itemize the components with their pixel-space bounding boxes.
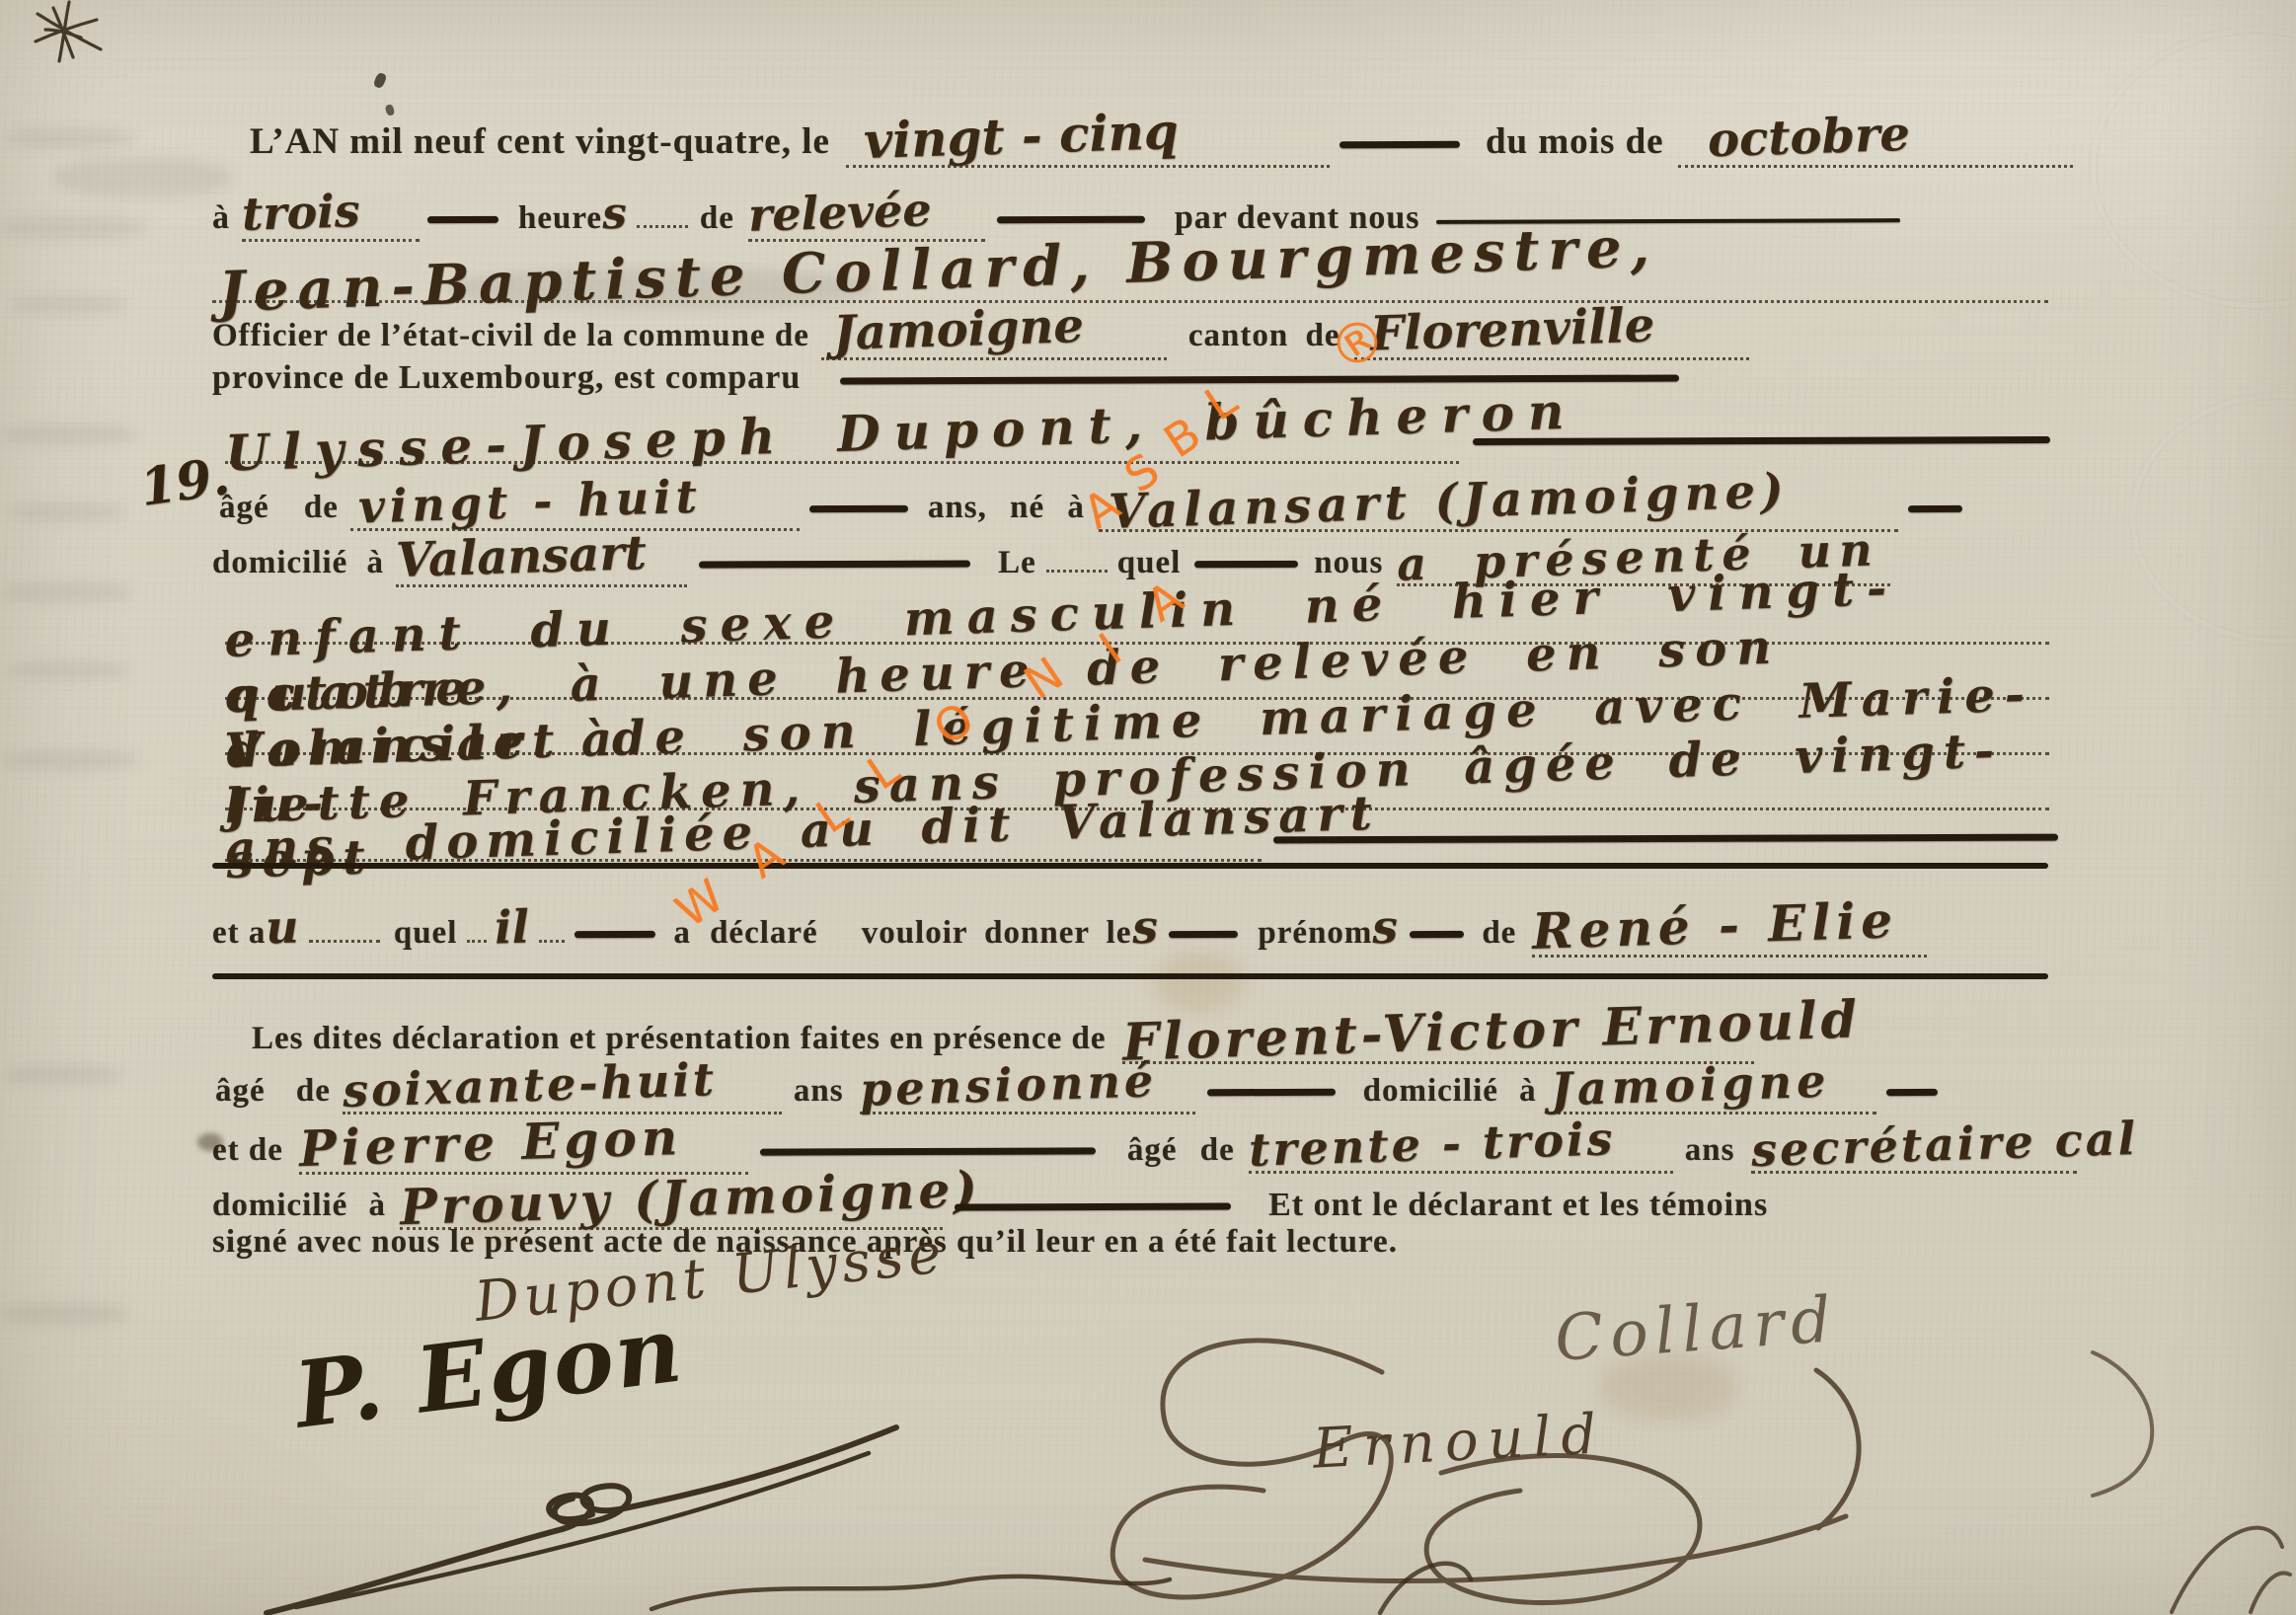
bleedthrough-mark — [0, 582, 133, 602]
bleedthrough-mark — [6, 661, 129, 679]
blank-day: vingt - cinq — [846, 107, 1330, 168]
blank-month: octobre — [1678, 110, 2073, 168]
bleedthrough-mark — [0, 217, 148, 239]
bottom-stroke-fragment — [2152, 1486, 2296, 1615]
printed-lequel-3: nous — [1314, 545, 1383, 580]
printed-hour-label: heure — [518, 200, 602, 236]
hw-u: u — [266, 899, 300, 954]
hw-w1-profession: pensionné — [859, 1053, 1158, 1115]
hw-s1: s — [1131, 900, 1159, 955]
blank-w1-age: soixante-huit — [343, 1058, 782, 1115]
printed-officer-title: Officier de l’état-civil de la commune d… — [212, 318, 809, 353]
hw-age: vingt - huit — [357, 470, 702, 534]
blank-canton: Florenville — [1354, 302, 1749, 360]
form-line-witness2: et de Pierre Egon âgé de trente - trois … — [212, 1114, 2077, 1175]
ink-stroke — [427, 216, 498, 223]
printed-vouloir: vouloir donner le — [862, 915, 1132, 951]
blank-dotted — [539, 934, 565, 943]
printed-w1-age-label: âgé de — [215, 1073, 331, 1109]
ink-stroke — [1886, 1089, 1938, 1096]
blank-dotted — [1046, 564, 1108, 573]
ink-stroke — [574, 931, 655, 938]
hw-hour: trois — [241, 184, 360, 241]
blank-domicile: Valansart — [396, 529, 687, 587]
ink-stroke — [1473, 436, 2050, 445]
ink-stroke — [1207, 1089, 1336, 1096]
blank-w2-age: trente - trois — [1249, 1117, 1673, 1174]
form-line-prenoms: et au quel il a déclaré vouloir donner l… — [212, 896, 1927, 958]
printed-w2-intro: et de — [212, 1132, 283, 1168]
hw-period: relevée — [747, 183, 932, 242]
ink-blot — [24, 0, 122, 75]
ink-stroke — [1169, 931, 1238, 938]
hw-month: octobre — [1707, 107, 1910, 168]
printed-province: province de Luxembourg, est comparu — [212, 359, 801, 396]
printed-w2-dom-label: domicilié à — [212, 1188, 386, 1223]
separator-rule — [212, 863, 2048, 869]
printed-de: de — [700, 200, 734, 236]
printed-at: à — [212, 199, 230, 236]
blank-commune: Jamoigne — [821, 302, 1167, 360]
ink-stroke — [1194, 561, 1298, 568]
hw-w2-age: trente - trois — [1248, 1112, 1616, 1177]
bleedthrough-mark — [8, 503, 126, 521]
blank-declarant: Ulysse-Joseph Dupont, bûcheron — [225, 403, 1459, 464]
printed-domicile-label: domicilié à — [212, 545, 384, 580]
printed-witnesses-intro: Les dites déclaration et présentation fa… — [252, 1021, 1107, 1056]
form-line-officer-title: Officier de l’état-civil de la commune d… — [212, 302, 1749, 360]
blank-w2-domicile: Prouvy (Jamoigne) — [400, 1169, 943, 1230]
embossed-seal — [2132, 395, 2296, 642]
hw-s2: s — [1372, 900, 1400, 955]
blank-w1-domicile: Jamoigne — [1551, 1058, 1876, 1115]
ink-stroke — [997, 216, 1145, 224]
printed-prenom: prénom — [1258, 915, 1372, 951]
blank-witness1: Florent-Victor Ernould — [1122, 1001, 1754, 1064]
ink-stroke — [1908, 505, 1962, 512]
printed-w1-ans: ans — [794, 1073, 844, 1109]
printed-lequel-2: quel — [1117, 545, 1182, 580]
printed-closing-1: Et ont le déclarant et les témoins — [1268, 1187, 1768, 1223]
hw-plural-s: s — [601, 189, 627, 240]
hw-commune: Jamoigne — [832, 298, 1084, 361]
blank-witness2: Pierre Egon — [299, 1114, 748, 1175]
hw-child-names: René - Elie — [1531, 890, 1899, 961]
ink-dot — [372, 72, 387, 90]
ink-stroke — [699, 561, 970, 569]
blank-hour: trois — [242, 186, 420, 242]
hw-il: il — [495, 899, 531, 954]
printed-canton-label: canton de — [1188, 318, 1340, 353]
printed-month-label: du mois de — [1486, 121, 1664, 162]
bleedthrough-mark — [4, 1066, 122, 1084]
blank-age: vingt - huit — [350, 475, 800, 531]
ink-stroke — [1273, 834, 2058, 844]
printed-preamble: L’AN mil neuf cent vingt-quatre, le — [250, 121, 830, 162]
printed-quel: quel — [394, 915, 458, 951]
bleedthrough-mark — [6, 128, 134, 148]
ink-stroke — [1339, 141, 1460, 148]
form-line-witnesses-intro: Les dites déclaration et présentation fa… — [252, 1001, 1754, 1064]
bleedthrough-mark — [0, 750, 138, 770]
ink-stroke — [1410, 931, 1464, 938]
bleedthrough-mark — [0, 424, 138, 444]
bleedthrough-mark — [54, 158, 232, 197]
blank-w1-profession: pensionné — [860, 1058, 1195, 1115]
body-line-5: ans, domiciliée au dit Valansart — [225, 804, 2058, 862]
separator-rule — [212, 973, 2048, 979]
scanned-birth-record: { "colors": { "paper": "#d7d1c2", "print… — [0, 0, 2296, 1615]
hw-w2-profession: secrétaire cal — [1750, 1112, 2139, 1177]
printed-de-names: de — [1482, 915, 1516, 951]
printed-w2-ans: ans — [1685, 1132, 1735, 1168]
embossed-seal — [2093, 30, 2296, 306]
ink-stroke — [955, 1203, 1231, 1211]
form-line-officer-name: Jean-Baptiste Collard, Bourgmestre, — [212, 235, 2048, 303]
hw-day: vingt - cinq — [863, 102, 1179, 170]
printed-born-label: ans, né à — [928, 490, 1085, 525]
blank-period: relevée — [748, 186, 985, 242]
blank-w2-profession: secrétaire cal — [1751, 1117, 2077, 1174]
ink-stroke — [809, 505, 908, 512]
printed-w2-age-label: âgé de — [1127, 1132, 1235, 1168]
blank-dotted — [309, 934, 380, 943]
hw-w1-domicile: Jamoigne — [1550, 1054, 1831, 1116]
printed-lequel-1: Le — [998, 545, 1036, 580]
blank-child-names: René - Elie — [1532, 896, 1927, 958]
blank-dotted — [637, 219, 688, 228]
printed-et-a: et a — [212, 915, 266, 951]
form-line-witness2-domicile: domicilié à Prouvy (Jamoigne) Et ont le … — [212, 1169, 1768, 1230]
bleedthrough-mark — [0, 1303, 128, 1325]
bottom-stroke-fragment — [632, 1568, 1185, 1615]
form-line-preamble: L’AN mil neuf cent vingt-quatre, le ving… — [250, 107, 2073, 168]
blank-dotted — [467, 934, 487, 943]
printed-age-label: âgé de — [219, 490, 339, 525]
printed-w1-dom-label: domicilié à — [1363, 1073, 1537, 1109]
form-line-witness1-details: âgé de soixante-huit ans pensionné domic… — [215, 1058, 1938, 1115]
bottom-stroke-fragment — [1350, 1540, 1489, 1615]
blank-birthplace: Valansart (Jamoigne) — [1099, 474, 1898, 532]
hw-domicile: Valansart — [395, 525, 647, 588]
hw-canton: Florenville — [1369, 297, 1655, 361]
bleedthrough-mark — [10, 296, 128, 314]
ink-stroke — [760, 1147, 1096, 1155]
hw-witness2: Pierre Egon — [298, 1108, 683, 1178]
